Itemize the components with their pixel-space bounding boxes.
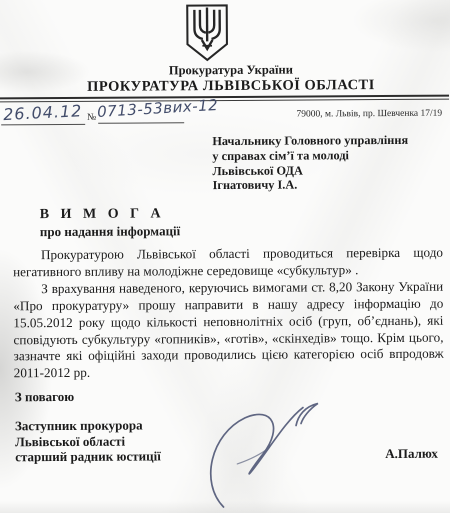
org-address: 79000, м. Львів, пр. Шевченка 17/19 (296, 109, 442, 120)
body-paragraph: Прокуратурою Львівської області проводит… (13, 245, 443, 281)
number-underline (98, 122, 184, 124)
recipient-block: Начальнику Головного управління у справа… (212, 133, 408, 193)
salutation: З повагою (15, 389, 74, 405)
signer-name: А.Палюх (385, 446, 438, 462)
signer-position-block: Заступник прокурора Львівської області с… (15, 417, 161, 465)
signer-position-line: Львівської області (15, 433, 161, 449)
org-name-regional: ПРОКУРАТУРА ЛЬВІВСЬКОЇ ОБЛАСТІ (0, 77, 449, 97)
recipient-line: у справах сім’ї та молоді (212, 148, 408, 164)
ukraine-trident-icon (182, 3, 231, 63)
handwritten-signature-icon (197, 401, 328, 510)
recipient-line: Львівської ОДА (212, 162, 408, 178)
signer-position-line: Заступник прокурора (15, 417, 161, 433)
letter-body: Прокуратурою Львівської області проводит… (13, 245, 444, 383)
document-subtitle: про надання інформації (40, 223, 181, 240)
signer-position-line: старший радник юстиції (15, 449, 161, 465)
scanned-letter-page: Прокуратура України ПРОКУРАТУРА ЛЬВІВСЬК… (0, 0, 450, 513)
recipient-line: Начальнику Головного управління (212, 133, 408, 149)
recipient-line: Ігнатовичу І.А. (213, 177, 409, 193)
body-paragraph: З врахування наведеного, керуючись вимог… (13, 278, 444, 382)
document-title: В И М О Г А (40, 206, 165, 223)
date-underline (1, 124, 85, 126)
number-sign: № (87, 113, 96, 123)
handwritten-date: 26.04.12 (3, 101, 83, 124)
